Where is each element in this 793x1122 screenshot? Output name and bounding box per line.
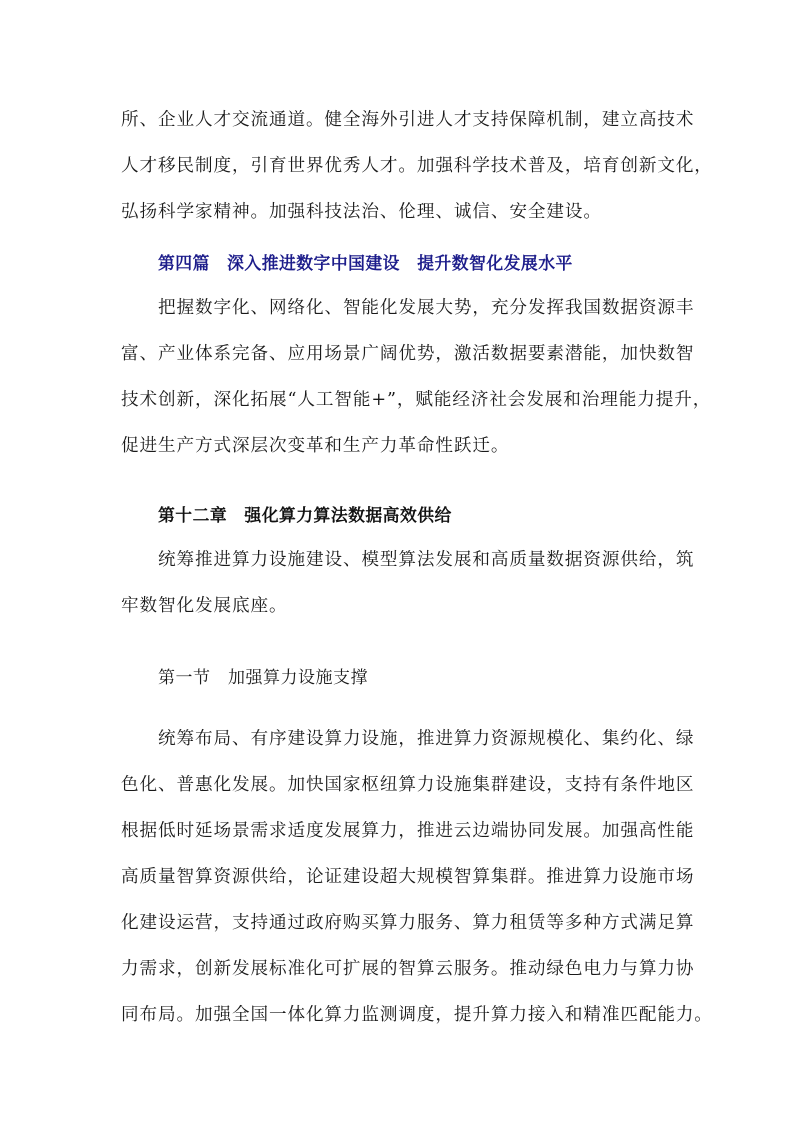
paragraph-line: 弘扬科学家精神。加强科技法治、伦理、诚信、安全建设。 xyxy=(121,200,677,224)
paragraph-line: 根据低时延场景需求适度发展算力，推进云边端协同发展。加强高性能 xyxy=(121,819,677,843)
paragraph-line: 牢数智化发展底座。 xyxy=(121,594,677,618)
part-heading: 第四篇 深入推进数字中国建设 提升数智化发展水平 xyxy=(158,250,573,274)
paragraph-line: 统筹推进算力设施建设、模型算法发展和高质量数据资源供给，筑 xyxy=(158,548,677,572)
paragraph-line: 统筹布局、有序建设算力设施，推进算力资源规模化、集约化、绿 xyxy=(158,727,677,751)
paragraph-line: 所、企业人才交流通道。健全海外引进人才支持保障机制，建立高技术 xyxy=(121,108,677,132)
paragraph-line: 人才移民制度，引育世界优秀人才。加强科学技术普及，培育创新文化， xyxy=(121,154,677,178)
paragraph-line: 化建设运营，支持通过政府购买算力服务、算力租赁等多种方式满足算 xyxy=(121,911,677,935)
paragraph-line: 力需求，创新发展标准化可扩展的智算云服务。推动绿色电力与算力协 xyxy=(121,957,677,981)
paragraph-line: 把握数字化、网络化、智能化发展大势，充分发挥我国数据资源丰 xyxy=(158,296,677,320)
paragraph-line: 高质量智算资源供给，论证建设超大规模智算集群。推进算力设施市场 xyxy=(121,865,677,889)
paragraph-line: 技术创新，深化拓展“人工智能+”，赋能经济社会发展和治理能力提升， xyxy=(121,388,677,412)
paragraph-line: 色化、普惠化发展。加快国家枢纽算力设施集群建设，支持有条件地区 xyxy=(121,773,677,797)
paragraph-line: 促进生产方式深层次变革和生产力革命性跃迁。 xyxy=(121,434,677,458)
paragraph-line: 同布局。加强全国一体化算力监测调度，提升算力接入和精准匹配能力。 xyxy=(121,1003,677,1027)
chapter-heading: 第十二章 强化算力算法数据高效供给 xyxy=(158,502,452,526)
paragraph-line: 富、产业体系完备、应用场景广阔优势，激活数据要素潜能，加快数智 xyxy=(121,342,677,366)
section-heading: 第一节 加强算力设施支撑 xyxy=(158,663,368,688)
